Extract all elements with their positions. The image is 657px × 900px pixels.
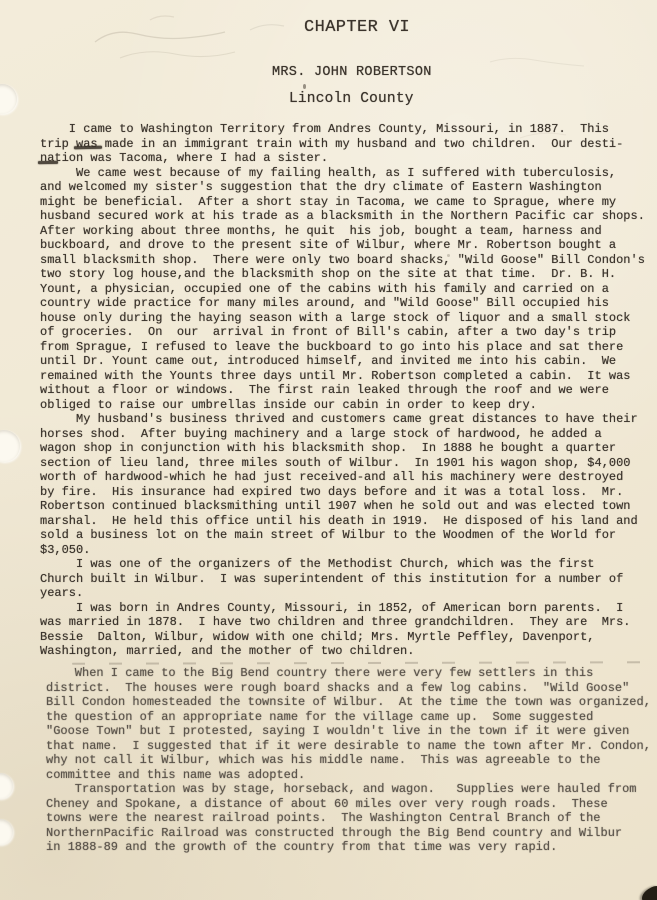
text-line: in 1888-89 and the growth of the country… bbox=[46, 840, 651, 855]
text-line: My husband's business thrived and custom… bbox=[40, 412, 645, 427]
text-line: sold a business lot on the main street o… bbox=[40, 528, 645, 543]
text-line: that name. I suggested that if it were d… bbox=[46, 739, 651, 754]
corner-ink-mark bbox=[639, 884, 657, 900]
text-line: We came west because of my failing healt… bbox=[40, 166, 645, 181]
scanned-document-page: CHAPTER VI MRS. JOHN ROBERTSON Lincoln C… bbox=[0, 0, 657, 900]
text-line: committee and this name was adopted. bbox=[46, 768, 651, 783]
text-line: obliged to raise our umbrellas inside ou… bbox=[40, 398, 645, 413]
text-line: of groceries. On our arrival in front of… bbox=[40, 325, 645, 340]
text-line: Church built in Wilbur. I was superinten… bbox=[40, 572, 645, 587]
text-line: Cheney and Spokane, a distance of about … bbox=[46, 797, 651, 812]
text-line: wagon shop in conjunction with his black… bbox=[40, 441, 645, 456]
erased-line-smudge bbox=[72, 661, 644, 664]
text-line: Transportation was by stage, horseback, … bbox=[46, 782, 651, 797]
page-title: MRS. JOHN ROBERTSON bbox=[272, 65, 432, 80]
text-line: NorthernPacific Railroad was constructed… bbox=[46, 826, 651, 841]
chapter-heading: CHAPTER VI bbox=[304, 18, 410, 37]
text-line: the question of an appropriate name for … bbox=[46, 710, 651, 725]
text-line: worth of hardwood-which he had just rece… bbox=[40, 470, 645, 485]
text-line: district. The houses were rough board sh… bbox=[46, 681, 651, 696]
text-line: years. bbox=[40, 586, 645, 601]
overstrike-mark bbox=[38, 160, 58, 163]
ink-speck bbox=[331, 790, 334, 793]
document-body-lower: When I came to the Big Bend country ther… bbox=[46, 666, 651, 855]
text-line: country wide practice for many miles aro… bbox=[40, 296, 645, 311]
punch-hole bbox=[0, 819, 13, 845]
text-line: After working about three months, he qui… bbox=[40, 224, 645, 239]
text-line: towns were the nearest railroad points. … bbox=[46, 811, 651, 826]
text-line: horses shod. After buying machinery and … bbox=[40, 427, 645, 442]
text-line: marshal. He held this office until his d… bbox=[40, 514, 645, 529]
text-line: When I came to the Big Bend country ther… bbox=[46, 666, 651, 681]
text-line: Yount, a physician, occupied one of the … bbox=[40, 282, 645, 297]
text-line: why not call it Wilbur, which was his mi… bbox=[46, 753, 651, 768]
text-line: from Sprague, I refused to leave the buc… bbox=[40, 340, 645, 355]
text-line: I was one of the organizers of the Metho… bbox=[40, 557, 645, 572]
text-line: Washington, married, and the mother of t… bbox=[40, 644, 645, 659]
text-line: small blacksmith shop. There were only t… bbox=[40, 253, 645, 268]
page-subtitle: Lincoln County bbox=[289, 91, 414, 107]
text-line: Bessie Dalton, Wilbur, widow with one ch… bbox=[40, 630, 645, 645]
text-line: remained with the Younts three days unti… bbox=[40, 369, 645, 384]
punch-hole bbox=[0, 773, 13, 799]
text-line: two story log house,and the blacksmith s… bbox=[40, 267, 645, 282]
text-line: by fire. His insurance had expired two d… bbox=[40, 485, 645, 500]
text-line: nation was Tacoma, where I had a sister. bbox=[40, 151, 645, 166]
text-line: trip was made in an immigrant train with… bbox=[40, 137, 645, 152]
text-line: and welcomed my sister's suggestion that… bbox=[40, 180, 645, 195]
text-line: $3,050. bbox=[40, 543, 645, 558]
text-line: I was born in Andres County, Missouri, i… bbox=[40, 601, 645, 616]
text-line: was married in 1878. I have two children… bbox=[40, 615, 645, 630]
text-line: section of lieu land, three miles south … bbox=[40, 456, 645, 471]
text-line: Bill Condon homesteaded the townsite of … bbox=[46, 695, 651, 710]
punch-hole bbox=[0, 430, 20, 462]
text-line: without a floor or windows. The first ra… bbox=[40, 383, 645, 398]
text-line: might be beneficial. After a short stay … bbox=[40, 195, 645, 210]
text-line: I came to Washington Territory from Andr… bbox=[40, 122, 645, 137]
text-line: until Dr. Yount came out, introduced him… bbox=[40, 354, 645, 369]
document-body-upper: I came to Washington Territory from Andr… bbox=[40, 122, 645, 659]
ink-speck bbox=[303, 84, 306, 89]
text-line: Robertson continued blacksmithing until … bbox=[40, 499, 645, 514]
text-line: house only during the haying season with… bbox=[40, 311, 645, 326]
text-line: husband secured work at his trade as a b… bbox=[40, 209, 645, 224]
text-line: "Goose Town" but I protested, saying I w… bbox=[46, 724, 651, 739]
text-line: buckboard, and drove to the present site… bbox=[40, 238, 645, 253]
ink-speck bbox=[447, 254, 450, 257]
